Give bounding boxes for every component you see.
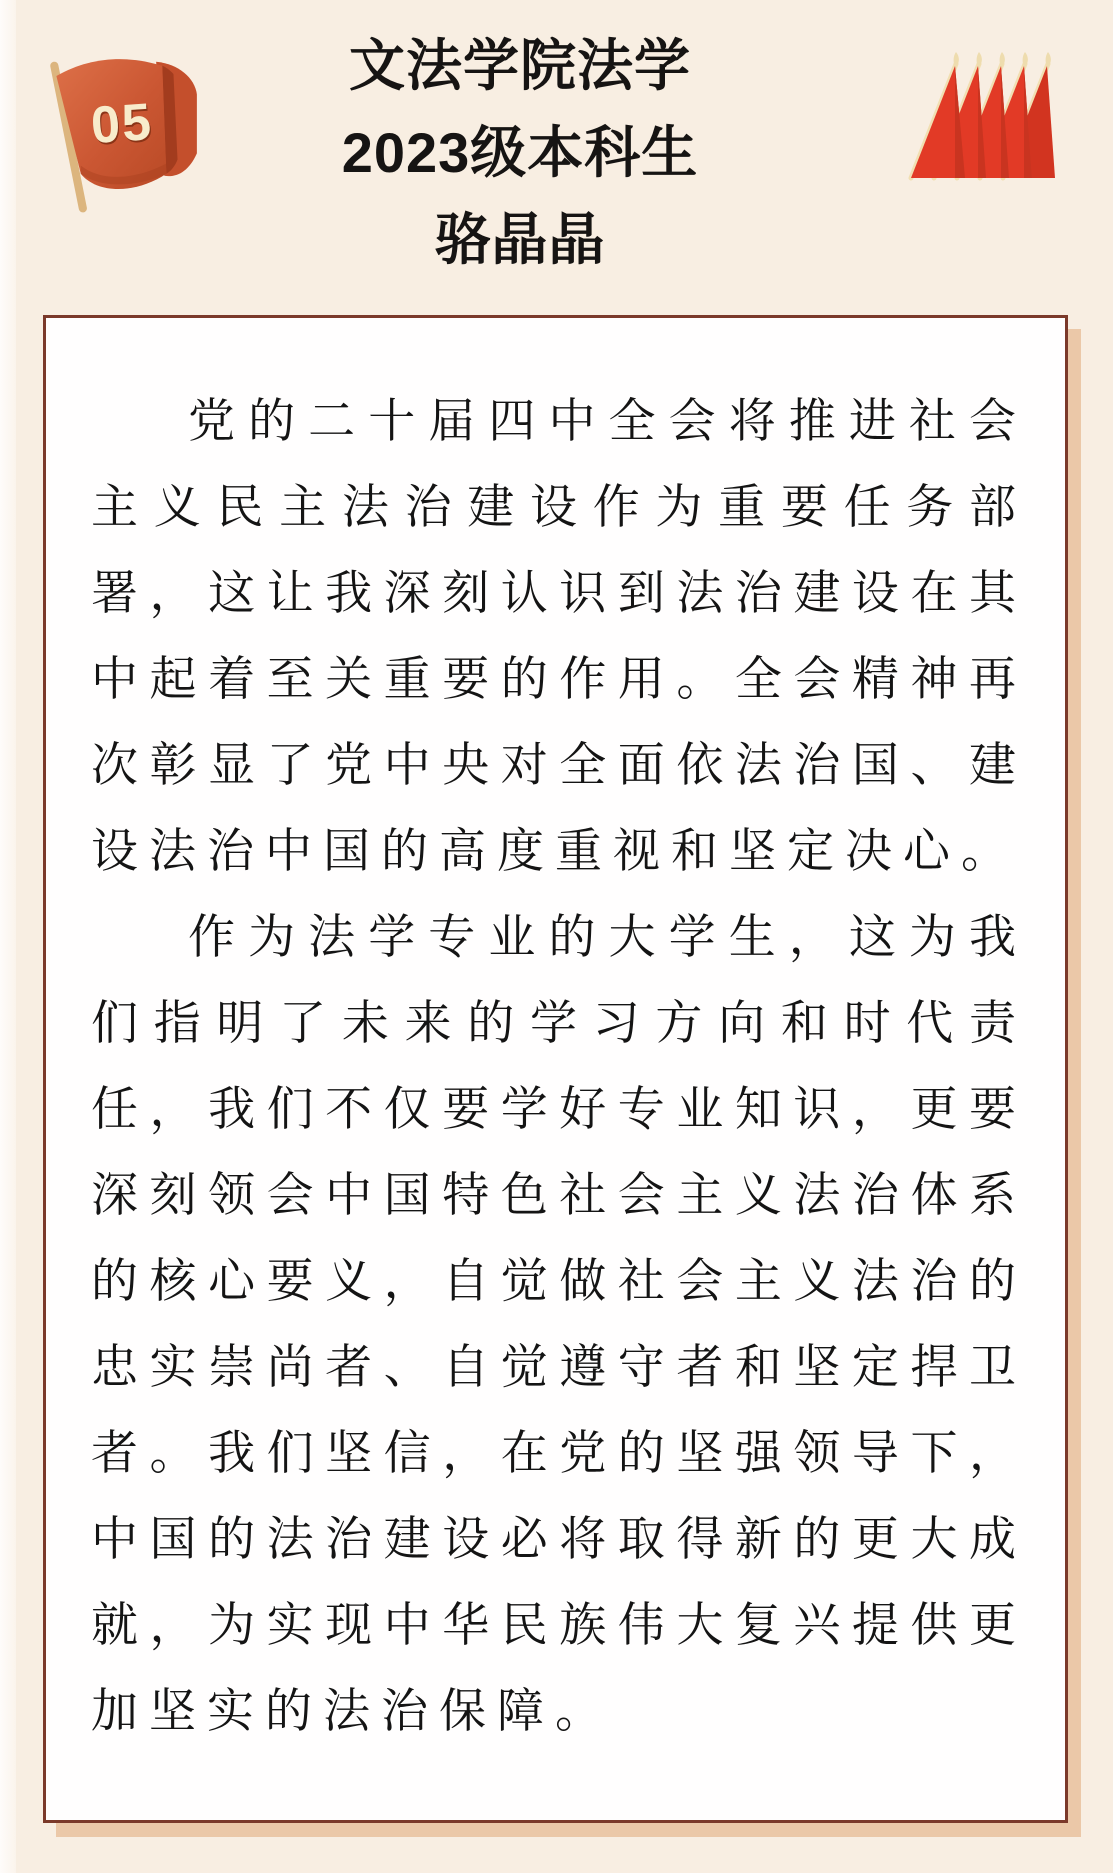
paragraph-1: 党的二十届四中全会将推进社会主义民主法治建设作为重要任务部署，这让我深刻认识到法…: [91, 378, 1027, 894]
pennants-decoration: [903, 48, 1071, 186]
page-title: 文法学院法学 2023级本科生 骆晶晶: [55, 22, 985, 283]
title-line-grade: 2023级本科生: [55, 109, 985, 196]
paragraph-2: 作为法学专业的大学生，这为我们指明了未来的学习方向和时代责任，我们不仅要学好专业…: [91, 894, 1027, 1754]
content-card: 党的二十届四中全会将推进社会主义民主法治建设作为重要任务部署，这让我深刻认识到法…: [43, 315, 1068, 1823]
header: 05 文法学院法学 2023级本科生 骆晶晶: [0, 0, 1113, 315]
title-line-name: 骆晶晶: [55, 196, 985, 283]
title-line-college: 文法学院法学: [55, 22, 985, 109]
poster-page: 05 文法学院法学 2023级本科生 骆晶晶: [0, 0, 1113, 1823]
pennants-icon: [903, 48, 1071, 186]
